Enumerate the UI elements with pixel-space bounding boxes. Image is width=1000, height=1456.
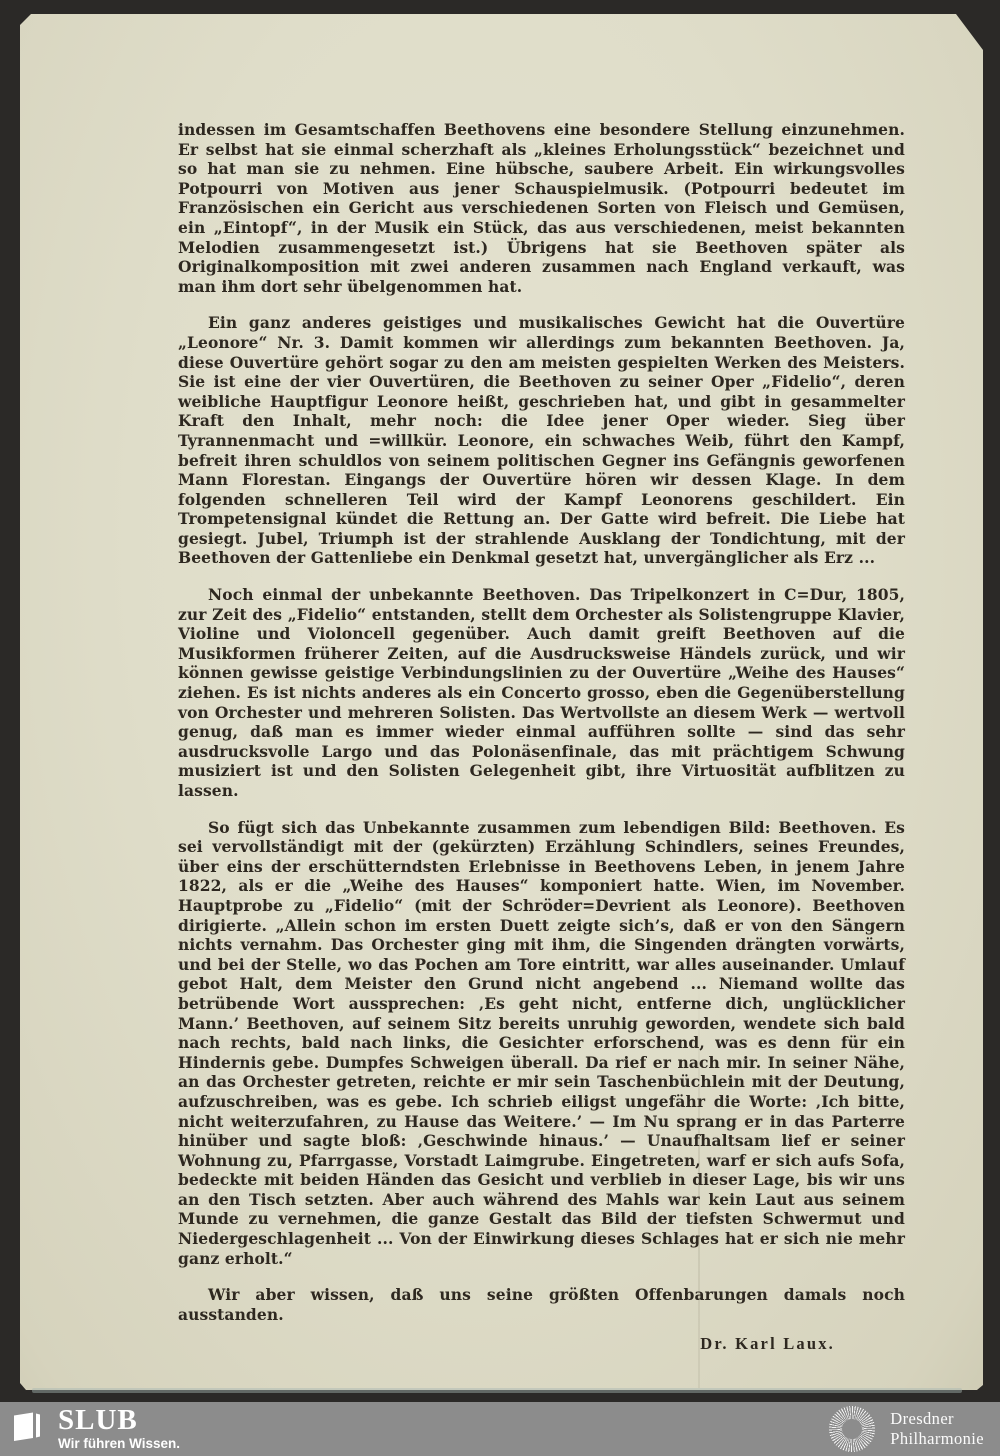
open-book-icon: [13, 1412, 41, 1442]
paragraph: indessen im Gesamtschaffen Beethovens ei…: [178, 120, 905, 296]
page-crease: [698, 974, 700, 1388]
viewer-footer-bar: SLUB Wir führen Wissen. Dresdner Philhar…: [0, 1402, 1000, 1456]
slub-tagline: Wir führen Wissen.: [58, 1436, 180, 1451]
slub-logo[interactable]: SLUB Wir führen Wissen.: [13, 1407, 180, 1451]
scanned-page: indessen im Gesamtschaffen Beethovens ei…: [20, 14, 983, 1390]
philharmonie-wordmark: Dresdner Philharmonie: [890, 1409, 984, 1449]
philharmonie-name-line2: Philharmonie: [890, 1429, 984, 1449]
dresdner-philharmonie-logo[interactable]: Dresdner Philharmonie: [829, 1406, 984, 1452]
document-text: indessen im Gesamtschaffen Beethovens ei…: [178, 120, 905, 1354]
author-signature: Dr. Karl Laux.: [178, 1334, 905, 1354]
philharmonie-name-line1: Dresdner: [890, 1409, 984, 1429]
paragraph: Wir aber wissen, daß uns seine größten O…: [178, 1285, 905, 1324]
starburst-icon: [829, 1406, 875, 1452]
paragraph: Noch einmal der unbekannte Beethoven. Da…: [178, 585, 905, 801]
paragraph: Ein ganz anderes geistiges und musikalis…: [178, 313, 905, 568]
slub-wordmark: SLUB Wir führen Wissen.: [58, 1407, 180, 1451]
paragraph: So fügt sich das Unbekannte zusammen zum…: [178, 818, 905, 1269]
next-page-edge: [32, 1388, 962, 1393]
slub-name: SLUB: [58, 1407, 180, 1434]
